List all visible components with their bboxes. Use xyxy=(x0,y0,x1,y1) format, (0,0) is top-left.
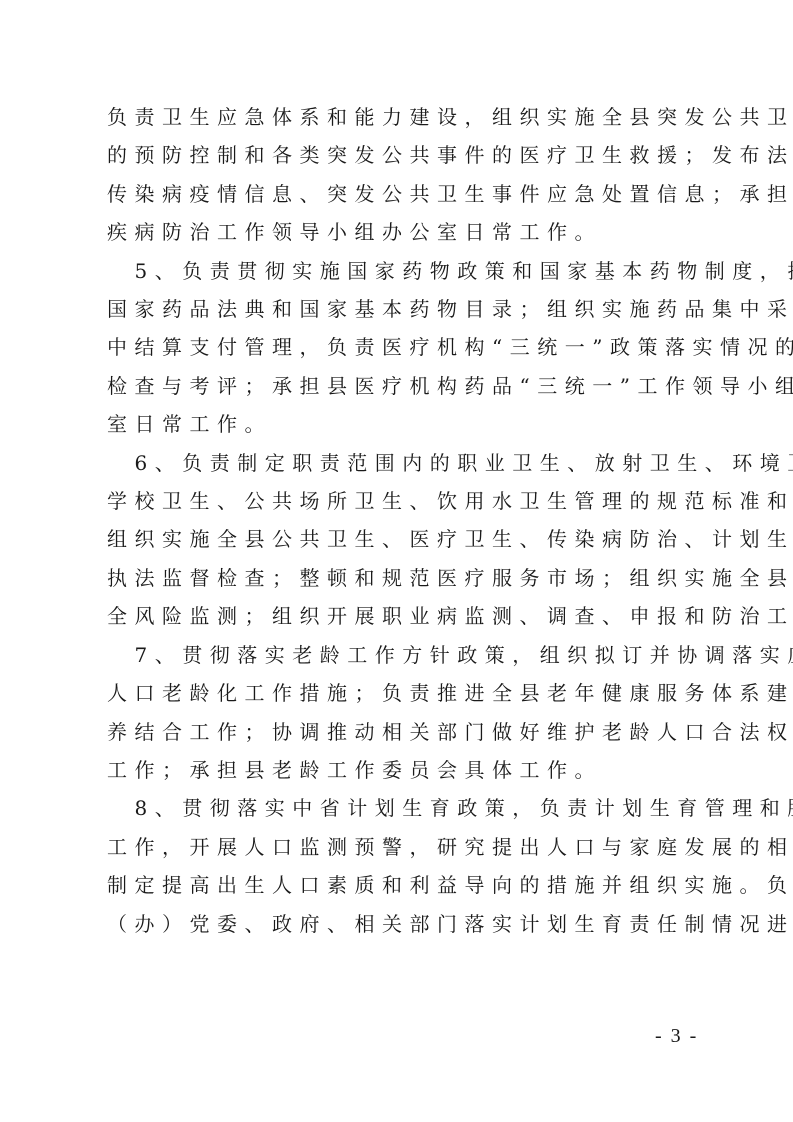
paragraph-item-6: 6、负责制定职责范围内的职业卫生、放射卫生、环境卫生、 学校卫生、公共场所卫生、… xyxy=(107,444,697,636)
text-line: 全风险监测；组织开展职业病监测、调查、申报和防治工作。 xyxy=(107,597,697,635)
paragraph-continuation: 负责卫生应急体系和能力建设，组织实施全县突发公共卫生事件 的预防控制和各类突发公… xyxy=(107,98,697,252)
text-line: 中结算支付管理，负责医疗机构“三统一”政策落实情况的监督、 xyxy=(107,328,697,366)
text-line: 7、贯彻落实老龄工作方针政策，组织拟订并协调落实应对 xyxy=(107,636,697,674)
text-line: 学校卫生、公共场所卫生、饮用水卫生管理的规范标准和措施； xyxy=(107,482,697,520)
text-line: 室日常工作。 xyxy=(107,405,697,443)
text-line: 人口老龄化工作措施；负责推进全县老年健康服务体系建设和医 xyxy=(107,674,697,712)
text-line: 养结合工作；协调推动相关部门做好维护老龄人口合法权益保障 xyxy=(107,713,697,751)
text-line: 6、负责制定职责范围内的职业卫生、放射卫生、环境卫生、 xyxy=(107,444,697,482)
document-body: 负责卫生应急体系和能力建设，组织实施全县突发公共卫生事件 的预防控制和各类突发公… xyxy=(107,98,697,943)
text-line: 负责卫生应急体系和能力建设，组织实施全县突发公共卫生事件 xyxy=(107,98,697,136)
text-line: 8、贯彻落实中省计划生育政策，负责计划生育管理和服务 xyxy=(107,789,697,827)
paragraph-item-7: 7、贯彻落实老龄工作方针政策，组织拟订并协调落实应对 人口老龄化工作措施；负责推… xyxy=(107,636,697,790)
paragraph-item-5: 5、负责贯彻实施国家药物政策和国家基本药物制度，执行 国家药品法典和国家基本药物… xyxy=(107,252,697,444)
page-number: - 3 - xyxy=(655,1025,698,1048)
document-page: 负责卫生应急体系和能力建设，组织实施全县突发公共卫生事件 的预防控制和各类突发公… xyxy=(0,0,793,1122)
text-line: 组织实施全县公共卫生、医疗卫生、传染病防治、计划生育综合 xyxy=(107,520,697,558)
text-line: 国家药品法典和国家基本药物目录；组织实施药品集中采购与集 xyxy=(107,290,697,328)
text-line: 检查与考评；承担县医疗机构药品“三统一”工作领导小组办公 xyxy=(107,367,697,405)
text-line: 工作；承担县老龄工作委员会具体工作。 xyxy=(107,751,697,789)
text-line: （办）党委、政府、相关部门落实计划生育责任制情况进行考核； xyxy=(107,905,697,943)
text-line: 制定提高出生人口素质和利益导向的措施并组织实施。负责对镇 xyxy=(107,866,697,904)
text-line: 疾病防治工作领导小组办公室日常工作。 xyxy=(107,213,697,251)
text-line: 的预防控制和各类突发公共事件的医疗卫生救援；发布法定报告 xyxy=(107,136,697,174)
text-line: 工作，开展人口监测预警，研究提出人口与家庭发展的相关政策， xyxy=(107,828,697,866)
text-line: 执法监督检查；整顿和规范医疗服务市场；组织实施全县食品安 xyxy=(107,559,697,597)
paragraph-item-8: 8、贯彻落实中省计划生育政策，负责计划生育管理和服务 工作，开展人口监测预警，研… xyxy=(107,789,697,943)
text-line: 5、负责贯彻实施国家药物政策和国家基本药物制度，执行 xyxy=(107,252,697,290)
text-line: 传染病疫情信息、突发公共卫生事件应急处置信息；承担县重大 xyxy=(107,175,697,213)
